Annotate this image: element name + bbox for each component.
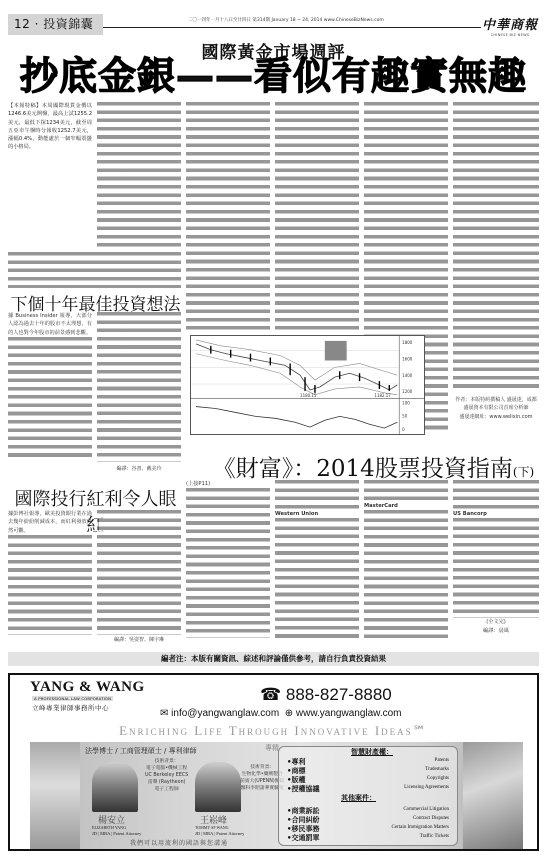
service-licensing-cn: •授權協議 [287, 784, 319, 794]
svg-text:1600: 1600 [402, 357, 413, 362]
service-litigation-en: Commercial Litigation [403, 807, 449, 812]
svg-text:1200: 1200 [402, 389, 413, 394]
person-2-name-en: TOMMY SF WANG [195, 825, 229, 830]
lead-col-3 [186, 102, 270, 332]
person-1-name-en: ELIZABETH YANG [92, 825, 126, 830]
masthead-rule [103, 27, 481, 28]
lead-opening: 【本報特稿】本周國際現貨金價以1246.6美元開盤，最高上試1255.2美元，最… [8, 103, 92, 150]
ad-email[interactable]: info@yangwanglaw.com [171, 708, 279, 719]
article-2-col-2 [97, 312, 181, 462]
article-4-col-3: MasterCard [364, 480, 448, 645]
section-tag: 12 · 投資錦囊 [8, 14, 103, 35]
svg-text:50: 50 [402, 413, 408, 418]
article-4-col-1: (上接P11) [186, 480, 270, 645]
newspaper-logo: 中華商報 CHINESE BIZ NEWS [481, 14, 539, 37]
service-patents-en: Patents [435, 758, 449, 763]
chart-svg: 1800160014001200 100500 1180.151182.17 [191, 336, 424, 434]
person-1-title: JD | MBA | Patent Attorney [92, 831, 141, 836]
service-licensing-en: Licensing Agreements [404, 785, 449, 790]
photo-tommy-wang [195, 762, 241, 812]
service-copyrights-en: Copyrights [427, 776, 449, 781]
article-4-title: 《財富》：2014股票投資指南(下) [200, 450, 547, 483]
svg-text:1800: 1800 [402, 340, 413, 345]
article-3-intro: 據彭博社報導，歐美投資銀行業在過去幾年紛紛削減成本，而紅利發放仍然可觀。 [8, 511, 92, 534]
article-2-editor: 編譯：谷書、戴美玲 [97, 465, 181, 475]
ad-tagline: Enriching Life Through Innovative Ideas℠ [10, 723, 537, 739]
ad-website[interactable]: www.yangwanglaw.com [296, 708, 402, 719]
company-western-union: Western Union [275, 511, 318, 517]
ad-panel: 法學博士 / 工商管理碩士 / 專利律師 技術背景： 電子電腦•機械工程 UC … [30, 742, 523, 850]
logo-cn: 中華商報 [481, 14, 539, 33]
ad-brand-cn: 立峰專業律師事務所中心 [32, 703, 109, 712]
company-mastercard: MasterCard [364, 503, 398, 509]
service-immigration-en: Certain Immigration Matters [392, 825, 450, 830]
services-box: 專精 智慧財產權： •專利 Patents •商標 Trademarks •版權… [278, 746, 458, 846]
globe-icon: ⊕ [285, 708, 293, 719]
ad-phone[interactable]: ☎ 888-827-8880 [260, 685, 392, 705]
person-2-title: JD | MBA | Patent Attorney [195, 831, 244, 836]
lead-col-2 [97, 102, 181, 247]
services-label: 專精 [265, 743, 279, 753]
svg-text:100: 100 [402, 401, 410, 406]
law-firm-ad[interactable]: YANG & WANG A PROFESSIONAL LAW CORPORATI… [8, 673, 539, 851]
ad-motto: 我們可以用流利的國語與您溝通 [130, 838, 228, 847]
author-website: 盛晟達網址：www.welixin.com [453, 413, 539, 421]
lead-byline: 作者：本版特約撰稿人 盛晟達，成都盛晟資本有限公司首席分析師 盛晟達網址：www… [453, 396, 539, 432]
ad-degrees: 法學博士 / 工商管理碩士 / 專利律師 [85, 746, 197, 756]
article-4-title-suffix: (下) [513, 465, 534, 479]
article-4-col-4: US Bancorp (全文完) 編譯：晨風 [453, 480, 539, 645]
page-headline: 抄底金銀——看似有趣實無趣 [0, 53, 547, 99]
svg-text:1180.15: 1180.15 [300, 393, 317, 398]
svg-text:1400: 1400 [402, 373, 413, 378]
photo-elizabeth-yang [92, 762, 138, 812]
service-traffic-en: Traffic Tickets [420, 834, 449, 839]
article-3-col-2 [97, 510, 181, 635]
byline: 作者：本版特約撰稿人 盛晟達，成都盛晟資本有限公司首席分析師 [453, 396, 539, 413]
ad-brand-sub: A PROFESSIONAL LAW CORPORATION [32, 696, 113, 701]
end-mark: (全文完) [453, 618, 539, 626]
date-line: 二〇一四年一月十八日至廿四日 第314期 January 18 ~ 24, 20… [188, 17, 384, 23]
statue-image [30, 742, 80, 850]
article-2-intro: 據 Business Insider 報導，大部分人認為過去十年的股市不太理想，… [8, 313, 92, 336]
article-4-editor: 編譯：晨風 [453, 627, 539, 635]
ad-contacts: ✉ info@yangwanglaw.com ⊕ www.yangwanglaw… [160, 708, 402, 719]
person-1-background: 技術背景： 電子電腦•機械工程 UC Berkeley EECS 雷聲 (Ray… [145, 758, 188, 793]
lead-col-6 [453, 102, 539, 392]
other-heading: 其他案件： [341, 793, 376, 803]
lead-col-1: 【本報特稿】本周國際現貨金價以1246.6美元開盤，最高上試1255.2美元，最… [8, 102, 92, 247]
mail-icon: ✉ [160, 708, 168, 719]
editor-note: 編者注：本版有關資訊、綜述和評論僅供參考，請自行負責投資結果 [8, 652, 539, 666]
gold-price-chart: 1800160014001200 100500 1180.151182.17 [190, 335, 425, 435]
service-contract-en: Contract Disputes [413, 816, 449, 821]
article-2-col-1: 據 Business Insider 報導，大部分人認為過去十年的股市不太理想，… [8, 312, 92, 482]
logo-en: CHINESE BIZ NEWS [481, 33, 539, 37]
continued-note: (上接P11) [186, 481, 210, 487]
article-3-editor: 編譯：吳姿智、陳宇琳 [97, 636, 181, 646]
lead-col-4 [275, 102, 359, 332]
company-us-bancorp: US Bancorp [453, 511, 487, 517]
article-4-col-2: Western Union [275, 480, 359, 645]
service-traffic-cn: •交通罰單 [287, 833, 319, 843]
ip-heading: 智慧財產權： [351, 747, 393, 757]
article-3-col-1: 據彭博社報導，歐美投資銀行業在過去幾年紛紛削減成本，而紅利發放仍然可觀。 [8, 510, 92, 645]
service-trademarks-en: Trademarks [425, 767, 449, 772]
masthead: 12 · 投資錦囊 二〇一四年一月十八日至廿四日 第314期 January 1… [8, 14, 539, 36]
svg-text:1182.17: 1182.17 [374, 393, 391, 398]
ad-brand: YANG & WANG [30, 679, 145, 696]
law-book-image [463, 742, 523, 850]
svg-text:0: 0 [402, 427, 405, 432]
article-4-title-text: 《財富》：2014股票投資指南 [213, 456, 513, 482]
lead-col-1-tail [8, 252, 181, 288]
